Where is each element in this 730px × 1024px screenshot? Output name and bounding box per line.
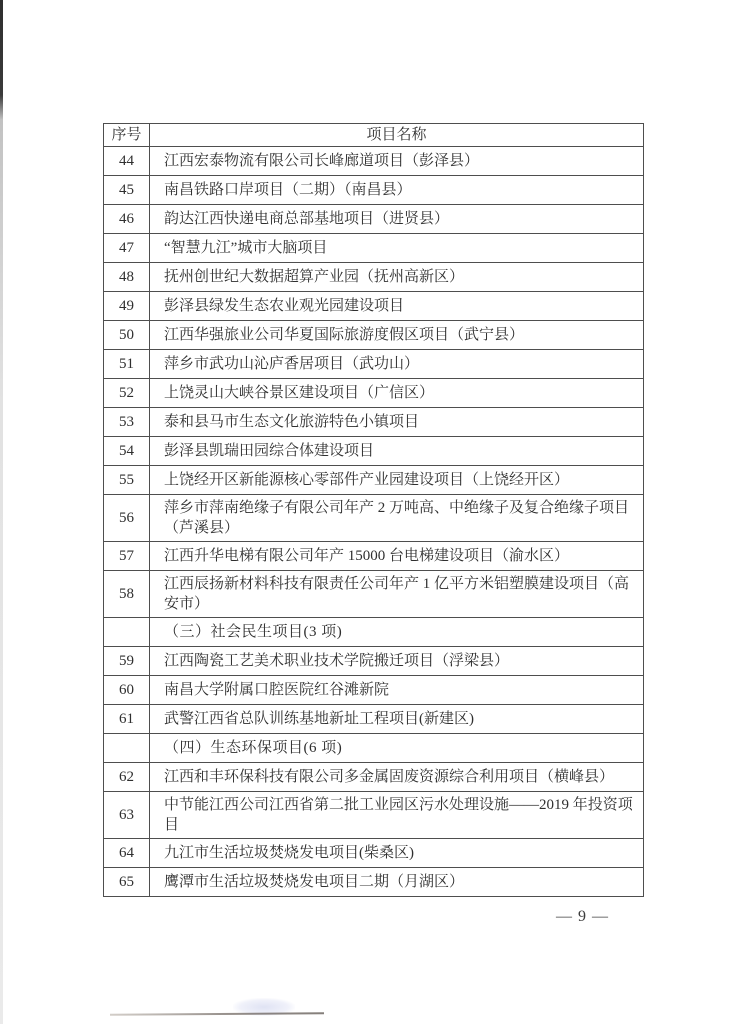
table-row: 65鹰潭市生活垃圾焚烧发电项目二期（月湖区） (104, 868, 644, 897)
row-serial-number: 59 (104, 647, 150, 676)
table-row: 48抚州创世纪大数据超算产业园（抚州高新区） (104, 263, 644, 292)
row-serial-number: 56 (104, 495, 150, 542)
table-row: 58江西辰扬新材料科技有限责任公司年产 1 亿平方米铝塑膜建设项目（高安市） (104, 571, 644, 618)
table-row: 55上饶经开区新能源核心零部件产业园建设项目（上饶经开区） (104, 466, 644, 495)
row-serial-number: 50 (104, 321, 150, 350)
column-header-serial-number: 序号 (104, 124, 150, 147)
project-name: 江西辰扬新材料科技有限责任公司年产 1 亿平方米铝塑膜建设项目（高安市） (150, 571, 644, 618)
page-number: — 9 — (556, 908, 609, 926)
row-serial-number: 64 (104, 839, 150, 868)
project-name: 抚州创世纪大数据超算产业园（抚州高新区） (150, 263, 644, 292)
table-row: 61武警江西省总队训练基地新址工程项目(新建区) (104, 705, 644, 734)
row-serial-number: 44 (104, 147, 150, 176)
row-serial-number: 51 (104, 350, 150, 379)
row-serial-number (104, 734, 150, 763)
project-table: 序号 项目名称 44江西宏泰物流有限公司长峰廊道项目（彭泽县）45南昌铁路口岸项… (103, 123, 644, 897)
table-row: 45南昌铁路口岸项目（二期）（南昌县） (104, 176, 644, 205)
project-name: 泰和县马市生态文化旅游特色小镇项目 (150, 408, 644, 437)
table-row: 47“智慧九江”城市大脑项目 (104, 234, 644, 263)
row-serial-number: 47 (104, 234, 150, 263)
project-name: 南昌铁路口岸项目（二期）（南昌县） (150, 176, 644, 205)
project-name: 江西华强旅业公司华夏国际旅游度假区项目（武宁县） (150, 321, 644, 350)
project-name: 南昌大学附属口腔医院红谷滩新院 (150, 676, 644, 705)
project-name: 江西和丰环保科技有限公司多金属固废资源综合利用项目（横峰县） (150, 763, 644, 792)
row-serial-number: 55 (104, 466, 150, 495)
row-serial-number: 48 (104, 263, 150, 292)
table-row: 51萍乡市武功山沁庐香居项目（武功山） (104, 350, 644, 379)
row-serial-number: 45 (104, 176, 150, 205)
table-row: 56萍乡市萍南绝缘子有限公司年产 2 万吨高、中绝缘子及复合绝缘子项目（芦溪县） (104, 495, 644, 542)
project-name: 九江市生活垃圾焚烧发电项目(柴桑区) (150, 839, 644, 868)
table-row: 63中节能江西公司江西省第二批工业园区污水处理设施——2019 年投资项目 (104, 792, 644, 839)
project-name: 萍乡市萍南绝缘子有限公司年产 2 万吨高、中绝缘子及复合绝缘子项目（芦溪县） (150, 495, 644, 542)
table-row: 46韵达江西快递电商总部基地项目（进贤县） (104, 205, 644, 234)
table-row: 54彭泽县凯瑞田园综合体建设项目 (104, 437, 644, 466)
table-row: 52上饶灵山大峡谷景区建设项目（广信区） (104, 379, 644, 408)
table-row: 59江西陶瓷工艺美术职业技术学院搬迁项目（浮梁县） (104, 647, 644, 676)
column-header-project-name: 项目名称 (150, 124, 644, 147)
table-row: 57江西升华电梯有限公司年产 15000 台电梯建设项目（渝水区） (104, 542, 644, 571)
project-name: 上饶经开区新能源核心零部件产业园建设项目（上饶经开区） (150, 466, 644, 495)
project-name: 鹰潭市生活垃圾焚烧发电项目二期（月湖区） (150, 868, 644, 897)
row-serial-number: 60 (104, 676, 150, 705)
scan-curl-artifact (110, 1012, 324, 1015)
row-serial-number: 58 (104, 571, 150, 618)
row-serial-number: 49 (104, 292, 150, 321)
project-name: 武警江西省总队训练基地新址工程项目(新建区) (150, 705, 644, 734)
project-name: 江西陶瓷工艺美术职业技术学院搬迁项目（浮梁县） (150, 647, 644, 676)
section-header-row: （三）社会民生项目(3 项) (104, 618, 644, 647)
table-row: 53泰和县马市生态文化旅游特色小镇项目 (104, 408, 644, 437)
row-serial-number: 46 (104, 205, 150, 234)
project-name: “智慧九江”城市大脑项目 (150, 234, 644, 263)
row-serial-number: 61 (104, 705, 150, 734)
row-serial-number: 65 (104, 868, 150, 897)
section-title: （三）社会民生项目(3 项) (150, 618, 644, 647)
table-row: 50江西华强旅业公司华夏国际旅游度假区项目（武宁县） (104, 321, 644, 350)
row-serial-number: 52 (104, 379, 150, 408)
scan-edge-artifact-left (0, 0, 3, 1024)
project-table-body: 44江西宏泰物流有限公司长峰廊道项目（彭泽县）45南昌铁路口岸项目（二期）（南昌… (104, 147, 644, 897)
project-name: 萍乡市武功山沁庐香居项目（武功山） (150, 350, 644, 379)
table-row: 60南昌大学附属口腔医院红谷滩新院 (104, 676, 644, 705)
table-header-row: 序号 项目名称 (104, 124, 644, 147)
project-name: 上饶灵山大峡谷景区建设项目（广信区） (150, 379, 644, 408)
row-serial-number: 57 (104, 542, 150, 571)
row-serial-number: 63 (104, 792, 150, 839)
row-serial-number: 54 (104, 437, 150, 466)
table-row: 49彭泽县绿发生态农业观光园建设项目 (104, 292, 644, 321)
project-list-page: 序号 项目名称 44江西宏泰物流有限公司长峰廊道项目（彭泽县）45南昌铁路口岸项… (103, 123, 644, 897)
scan-smudge-artifact (233, 998, 295, 1016)
table-row: 44江西宏泰物流有限公司长峰廊道项目（彭泽县） (104, 147, 644, 176)
row-serial-number: 62 (104, 763, 150, 792)
table-row: 64九江市生活垃圾焚烧发电项目(柴桑区) (104, 839, 644, 868)
section-header-row: （四）生态环保项目(6 项) (104, 734, 644, 763)
row-serial-number: 53 (104, 408, 150, 437)
project-name: 韵达江西快递电商总部基地项目（进贤县） (150, 205, 644, 234)
project-name: 彭泽县凯瑞田园综合体建设项目 (150, 437, 644, 466)
row-serial-number (104, 618, 150, 647)
section-title: （四）生态环保项目(6 项) (150, 734, 644, 763)
project-name: 彭泽县绿发生态农业观光园建设项目 (150, 292, 644, 321)
project-name: 江西升华电梯有限公司年产 15000 台电梯建设项目（渝水区） (150, 542, 644, 571)
table-row: 62江西和丰环保科技有限公司多金属固废资源综合利用项目（横峰县） (104, 763, 644, 792)
project-name: 中节能江西公司江西省第二批工业园区污水处理设施——2019 年投资项目 (150, 792, 644, 839)
project-name: 江西宏泰物流有限公司长峰廊道项目（彭泽县） (150, 147, 644, 176)
